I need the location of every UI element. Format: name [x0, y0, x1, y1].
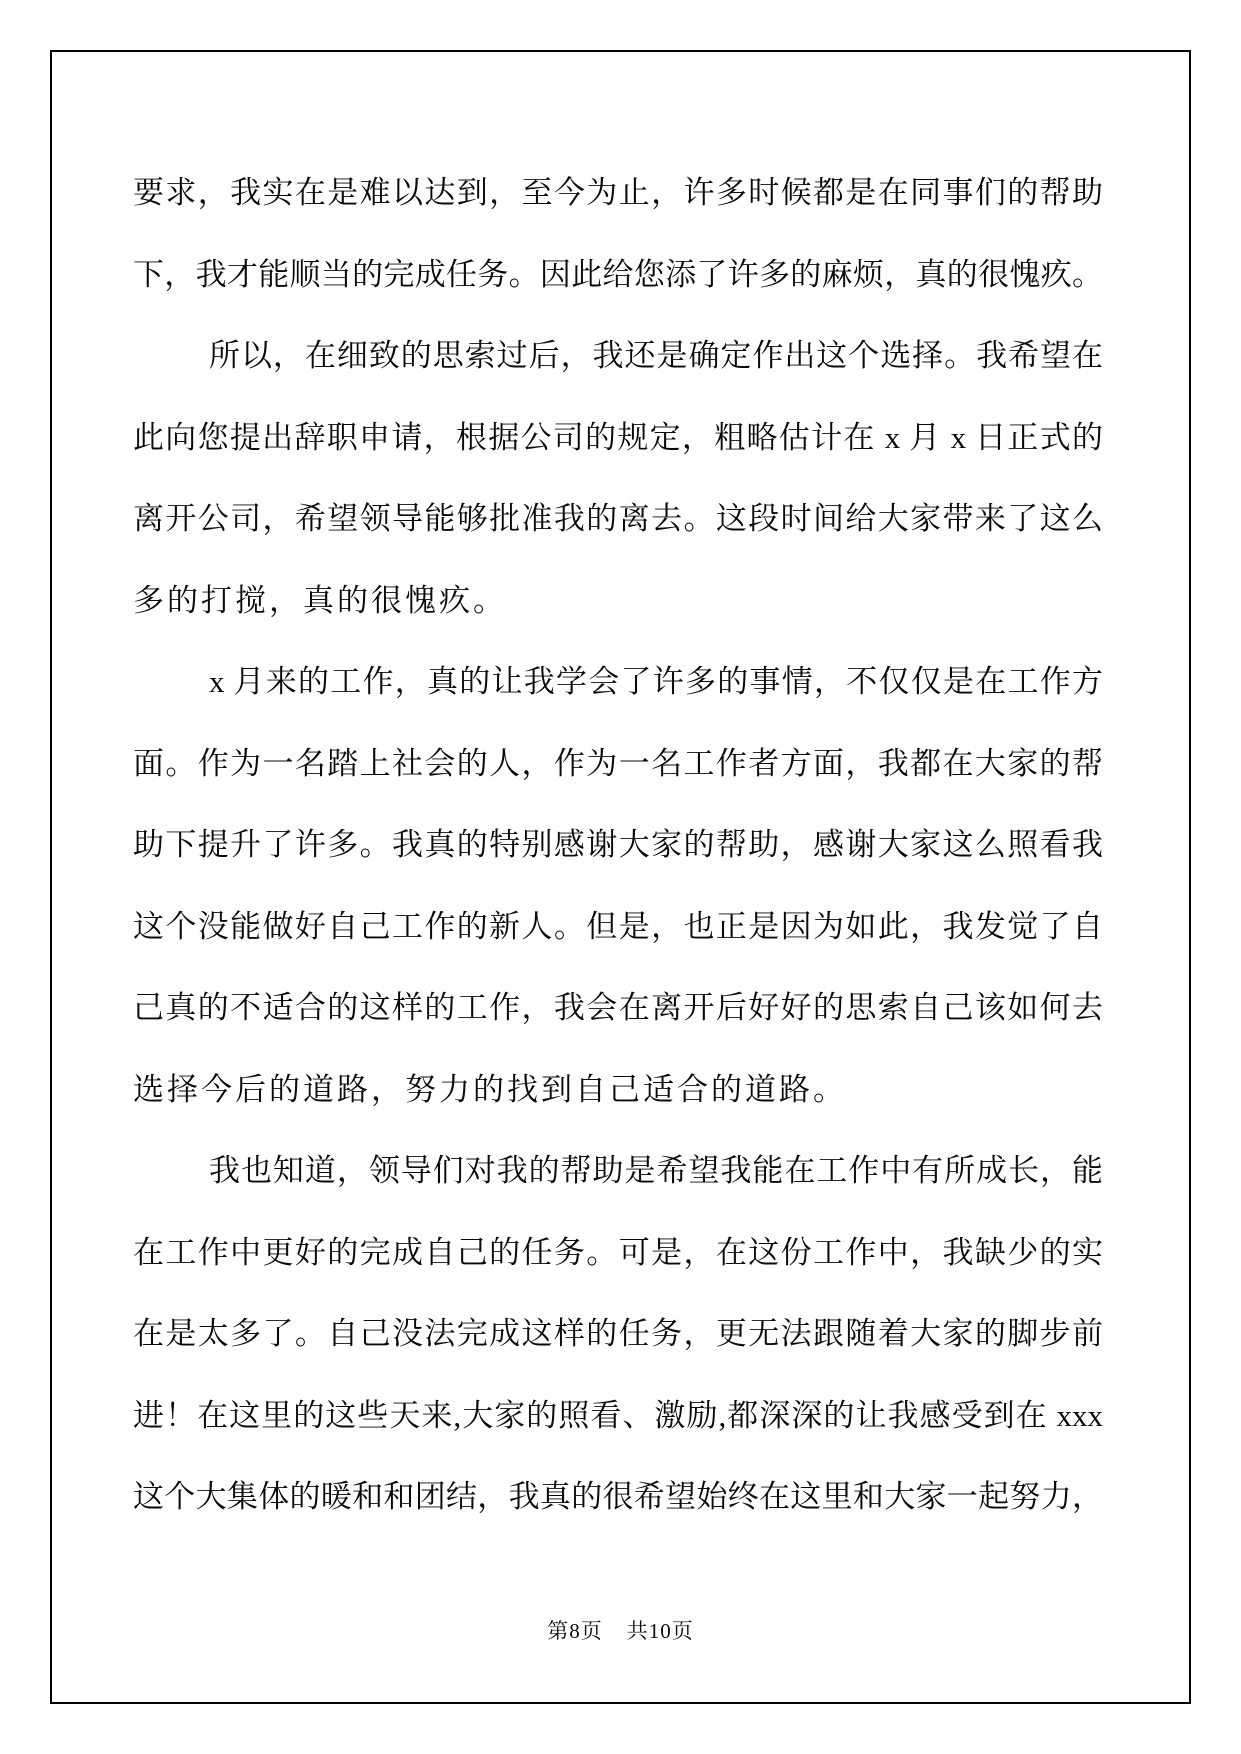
document-body: 要求，我实在是难以达到，至今为止，许多时候都是在同事们的帮助下，我才能顺当的完成… [133, 152, 1103, 1538]
text-line: 面。作为一名踏上社会的人，作为一名工作者方面，我都在大家的帮 [133, 723, 1103, 805]
text-line: 在工作中更好的完成自己的任务。可是，在这份工作中，我缺少的实 [133, 1212, 1103, 1294]
page-footer: 第8页共10页 [0, 1616, 1241, 1646]
text-line: 要求，我实在是难以达到，至今为止，许多时候都是在同事们的帮助 [133, 152, 1103, 234]
text-line: 所以，在细致的思索过后，我还是确定作出这个选择。我希望在 [133, 315, 1103, 397]
text-line: 助下提升了许多。我真的特别感谢大家的帮助，感谢大家这么照看我 [133, 804, 1103, 886]
text-line: 这个没能做好自己工作的新人。但是，也正是因为如此，我发觉了自 [133, 886, 1103, 968]
text-line: 离开公司，希望领导能够批准我的离去。这段时间给大家带来了这么 [133, 478, 1103, 560]
text-line: x 月来的工作，真的让我学会了许多的事情，不仅仅是在工作方 [133, 641, 1103, 723]
text-line: 多的打搅，真的很愧疚。 [133, 560, 1103, 642]
text-line: 我也知道，领导们对我的帮助是希望我能在工作中有所成长，能 [133, 1130, 1103, 1212]
text-line: 这个大集体的暖和和团结，我真的很希望始终在这里和大家一起努力， [133, 1456, 1103, 1538]
text-line: 此向您提出辞职申请，根据公司的规定，粗略估计在 x 月 x 日正式的 [133, 397, 1103, 479]
text-line: 选择今后的道路，努力的找到自己适合的道路。 [133, 1049, 1103, 1131]
text-line: 进！在这里的这些天来,大家的照看、激励,都深深的让我感受到在 xxx [133, 1375, 1103, 1457]
text-line: 下，我才能顺当的完成任务。因此给您添了许多的麻烦，真的很愧疚。 [133, 234, 1103, 316]
footer-page-total: 共10页 [627, 1619, 694, 1643]
text-line: 在是太多了。自己没法完成这样的任务，更无法跟随着大家的脚步前 [133, 1293, 1103, 1375]
footer-page-number: 第8页 [547, 1619, 603, 1643]
text-line: 己真的不适合的这样的工作，我会在离开后好好的思索自己该如何去 [133, 967, 1103, 1049]
